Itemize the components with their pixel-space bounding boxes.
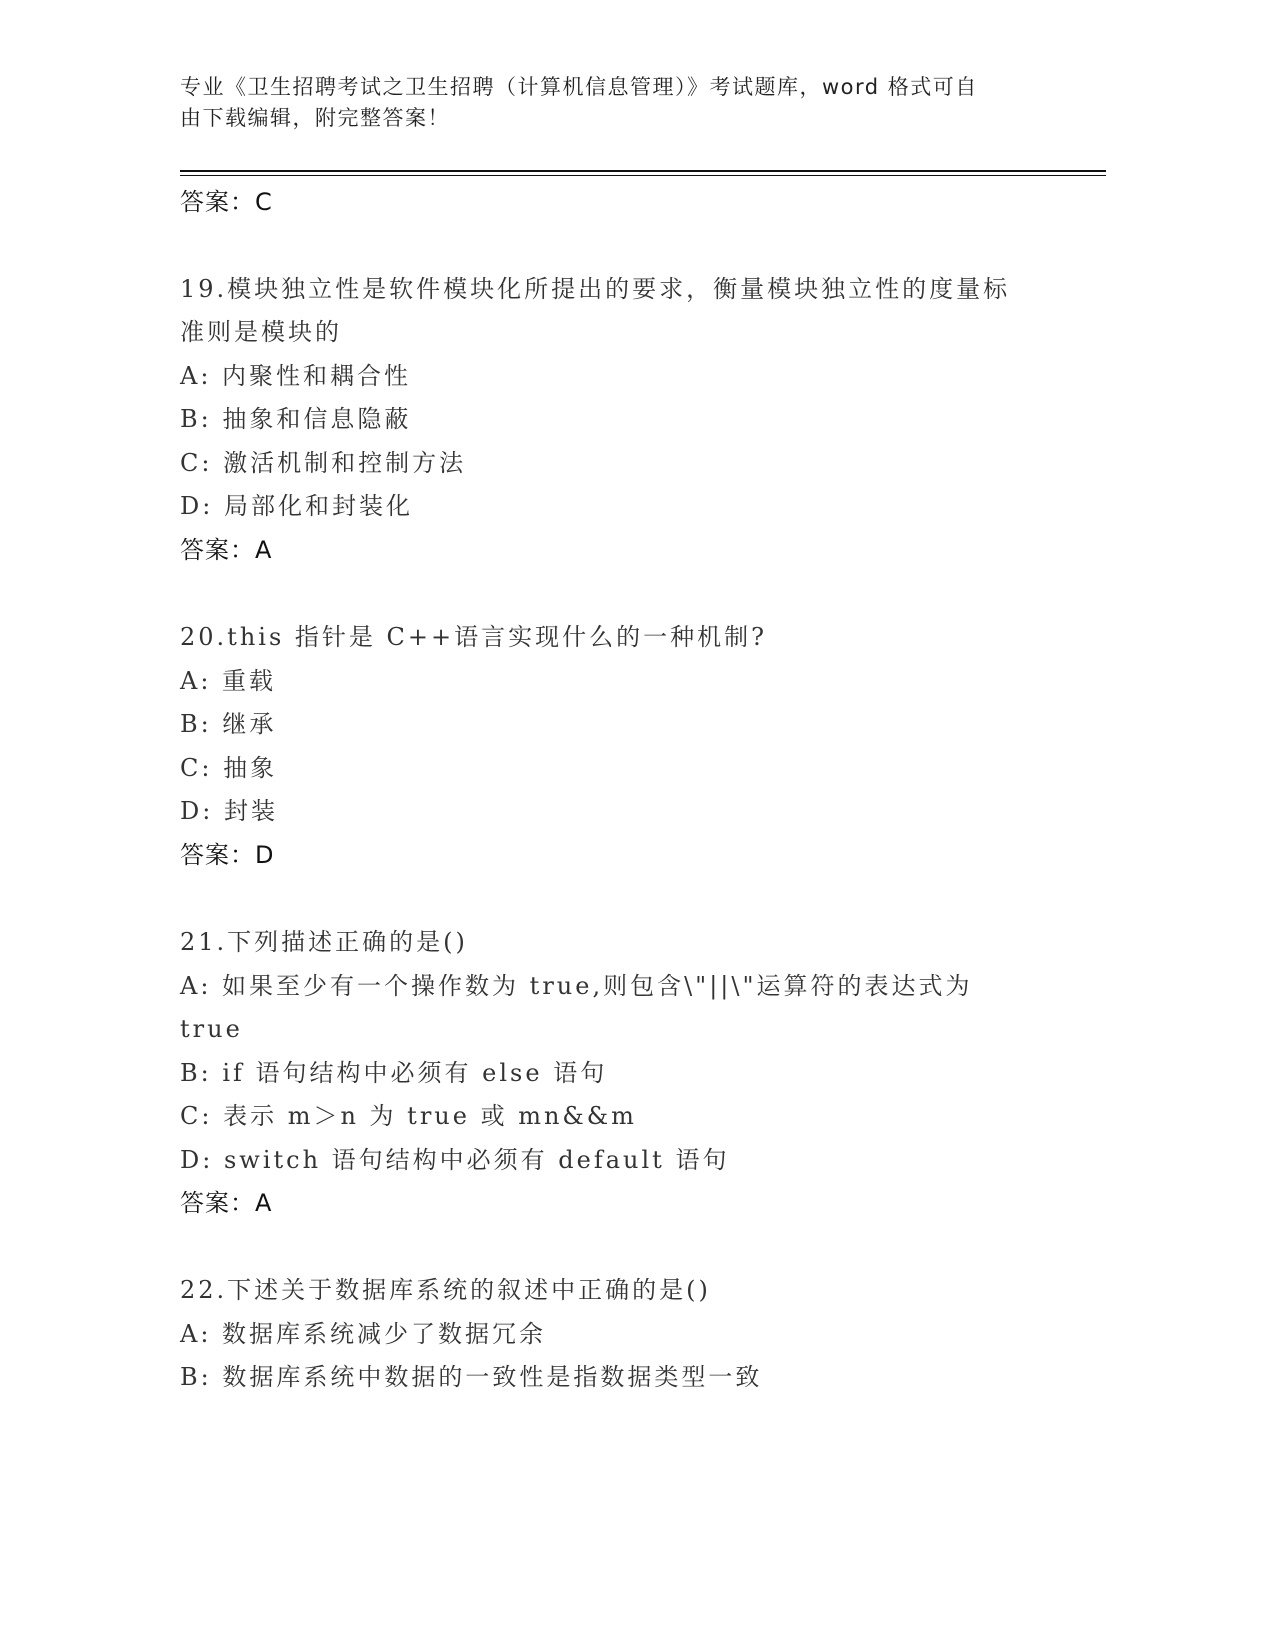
question-21-answer: 答案：A: [180, 1188, 272, 1218]
question-19-option-d: D: 局部化和封装化: [180, 491, 413, 521]
question-21-option-a-continued: true: [180, 1014, 243, 1044]
question-19-stem-line-1: 19.模块独立性是软件模块化所提出的要求，衡量模块独立性的度量标: [180, 274, 1010, 304]
question-20-stem: 20.this 指针是 C++语言实现什么的一种机制?: [180, 622, 767, 652]
question-20-option-b: B: 继承: [180, 709, 276, 739]
question-19-option-a: A: 内聚性和耦合性: [180, 361, 411, 391]
question-20-answer: 答案：D: [180, 840, 274, 870]
header-line-1: 专业《卫生招聘考试之卫生招聘（计算机信息管理）》考试题库，word 格式可自: [180, 72, 1030, 103]
question-19-option-b: B: 抽象和信息隐蔽: [180, 404, 411, 434]
question-20-option-a: A: 重载: [180, 666, 276, 696]
previous-answer: 答案：C: [180, 187, 273, 217]
document-page: 专业《卫生招聘考试之卫生招聘（计算机信息管理）》考试题库，word 格式可自 由…: [0, 0, 1275, 1650]
question-21-option-a: A: 如果至少有一个操作数为 true,则包含\"||\"运算符的表达式为: [180, 971, 973, 1001]
question-20-option-c: C: 抽象: [180, 753, 277, 783]
question-19-answer: 答案：A: [180, 535, 272, 565]
question-21-stem: 21.下列描述正确的是(): [180, 927, 468, 957]
question-21-option-d: D: switch 语句结构中必须有 default 语句: [180, 1145, 729, 1175]
question-22-stem: 22.下述关于数据库系统的叙述中正确的是(): [180, 1275, 711, 1305]
document-header: 专业《卫生招聘考试之卫生招聘（计算机信息管理）》考试题库，word 格式可自 由…: [180, 72, 1030, 134]
header-rule-thin: [180, 175, 1106, 176]
question-19-stem-line-2: 准则是模块的: [180, 317, 342, 347]
question-21-option-c: C: 表示 m＞n 为 true 或 mn&&m: [180, 1101, 637, 1131]
question-19-option-c: C: 激活机制和控制方法: [180, 448, 466, 478]
question-20-option-d: D: 封装: [180, 796, 278, 826]
question-22-option-a: A: 数据库系统减少了数据冗余: [180, 1319, 546, 1349]
question-21-option-b: B: if 语句结构中必须有 else 语句: [180, 1058, 607, 1088]
header-line-2: 由下载编辑，附完整答案！: [180, 103, 1030, 134]
question-22-option-b: B: 数据库系统中数据的一致性是指数据类型一致: [180, 1362, 762, 1392]
header-rule-thick: [180, 170, 1106, 172]
